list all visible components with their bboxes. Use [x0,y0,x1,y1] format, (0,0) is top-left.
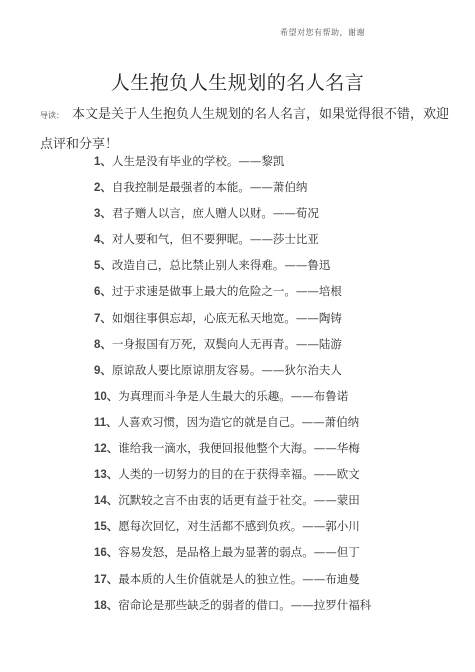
quote-text: 谁给我一滴水，我便回报他整个大海。——华梅 [118,441,360,455]
item-number: 14、 [94,495,118,507]
list-item: 7、如烟往事俱忘却，心底无私天地宽。——陶铸 [94,309,371,335]
item-number: 17、 [94,574,118,586]
quote-text: 改造自己，总比禁止别人来得难。——鲁迅 [112,258,331,272]
quote-text: 沉默较之言不由衷的话更有益于社交。——蒙田 [118,493,360,507]
item-number: 4、 [94,234,112,246]
item-number: 13、 [94,469,118,481]
page-title: 人生抱负人生规划的名人名言 [0,68,475,95]
quote-text: 君子赠人以言，庶人赠人以财。——荀况 [112,206,319,220]
list-item: 4、对人要和气，但不要狎昵。——莎士比亚 [94,230,371,256]
item-number: 7、 [94,313,112,325]
list-item: 1、人生是没有毕业的学校。——黎凯 [94,152,371,178]
intro-paragraph: 导读：本文是关于人生抱负人生规划的名人名言，如果觉得很不错，欢迎点评和分享！ [40,100,450,159]
list-item: 6、过于求速是做事上最大的危险之一。——培根 [94,282,371,308]
quote-text: 为真理而斗争是人生最大的乐趣。——布鲁诺 [118,389,348,403]
list-item: 14、沉默较之言不由衷的话更有益于社交。——蒙田 [94,491,371,517]
intro-label: 导读： [40,111,64,120]
list-item: 16、容易发怒，是品格上最为显著的弱点。——但丁 [94,543,371,569]
quote-text: 自我控制是最强者的本能。——萧伯纳 [112,180,308,194]
item-number: 16、 [94,547,118,559]
item-number: 18、 [94,600,118,612]
quote-text: 容易发怒，是品格上最为显著的弱点。——但丁 [118,545,360,559]
list-item: 17、最本质的人生价值就是人的独立性。——布迪曼 [94,570,371,596]
quote-text: 如烟往事俱忘却，心底无私天地宽。——陶铸 [112,311,342,325]
list-item: 11、人喜欢习惯，因为造它的就是自己。——萧伯纳 [94,413,371,439]
item-number: 11、 [94,417,118,429]
item-number: 8、 [94,339,112,351]
header-note: 希望对您有帮助，谢谢 [280,27,365,38]
list-item: 12、谁给我一滴水，我便回报他整个大海。——华梅 [94,439,371,465]
item-number: 2、 [94,182,112,194]
quote-text: 最本质的人生价值就是人的独立性。——布迪曼 [118,572,360,586]
quote-text: 人类的一切努力的目的在于获得幸福。——欧文 [118,467,360,481]
item-number: 9、 [94,365,112,377]
quote-text: 人生是没有毕业的学校。——黎凯 [112,154,285,168]
quote-list: 1、人生是没有毕业的学校。——黎凯 2、自我控制是最强者的本能。——萧伯纳 3、… [94,152,371,622]
list-item: 15、愿每次回忆，对生活都不感到负疚。——郭小川 [94,517,371,543]
list-item: 13、人类的一切努力的目的在于获得幸福。——欧文 [94,465,371,491]
list-item: 18、宿命论是那些缺乏的弱者的借口。——拉罗什福科 [94,596,371,622]
list-item: 10、为真理而斗争是人生最大的乐趣。——布鲁诺 [94,387,371,413]
list-item: 3、君子赠人以言，庶人赠人以财。——荀况 [94,204,371,230]
item-number: 5、 [94,260,112,272]
item-number: 10、 [94,391,118,403]
list-item: 5、改造自己，总比禁止别人来得难。——鲁迅 [94,256,371,282]
quote-text: 原谅敌人要比原谅朋友容易。——狄尔治夫人 [112,363,342,377]
list-item: 9、原谅敌人要比原谅朋友容易。——狄尔治夫人 [94,361,371,387]
quote-text: 对人要和气，但不要狎昵。——莎士比亚 [112,232,319,246]
item-number: 1、 [94,156,112,168]
list-item: 2、自我控制是最强者的本能。——萧伯纳 [94,178,371,204]
item-number: 3、 [94,208,112,220]
quote-text: 一身报国有万死，双鬓向人无再青。——陆游 [112,337,342,351]
quote-text: 过于求速是做事上最大的危险之一。——培根 [112,284,342,298]
list-item: 8、一身报国有万死，双鬓向人无再青。——陆游 [94,335,371,361]
quote-text: 宿命论是那些缺乏的弱者的借口。——拉罗什福科 [118,598,371,612]
quote-text: 人喜欢习惯，因为造它的就是自己。——萧伯纳 [118,415,360,429]
item-number: 6、 [94,286,112,298]
quote-text: 愿每次回忆，对生活都不感到负疚。——郭小川 [118,519,360,533]
item-number: 15、 [94,521,118,533]
item-number: 12、 [94,443,118,455]
intro-text: 本文是关于人生抱负人生规划的名人名言，如果觉得很不错，欢迎点评和分享！ [40,107,449,152]
